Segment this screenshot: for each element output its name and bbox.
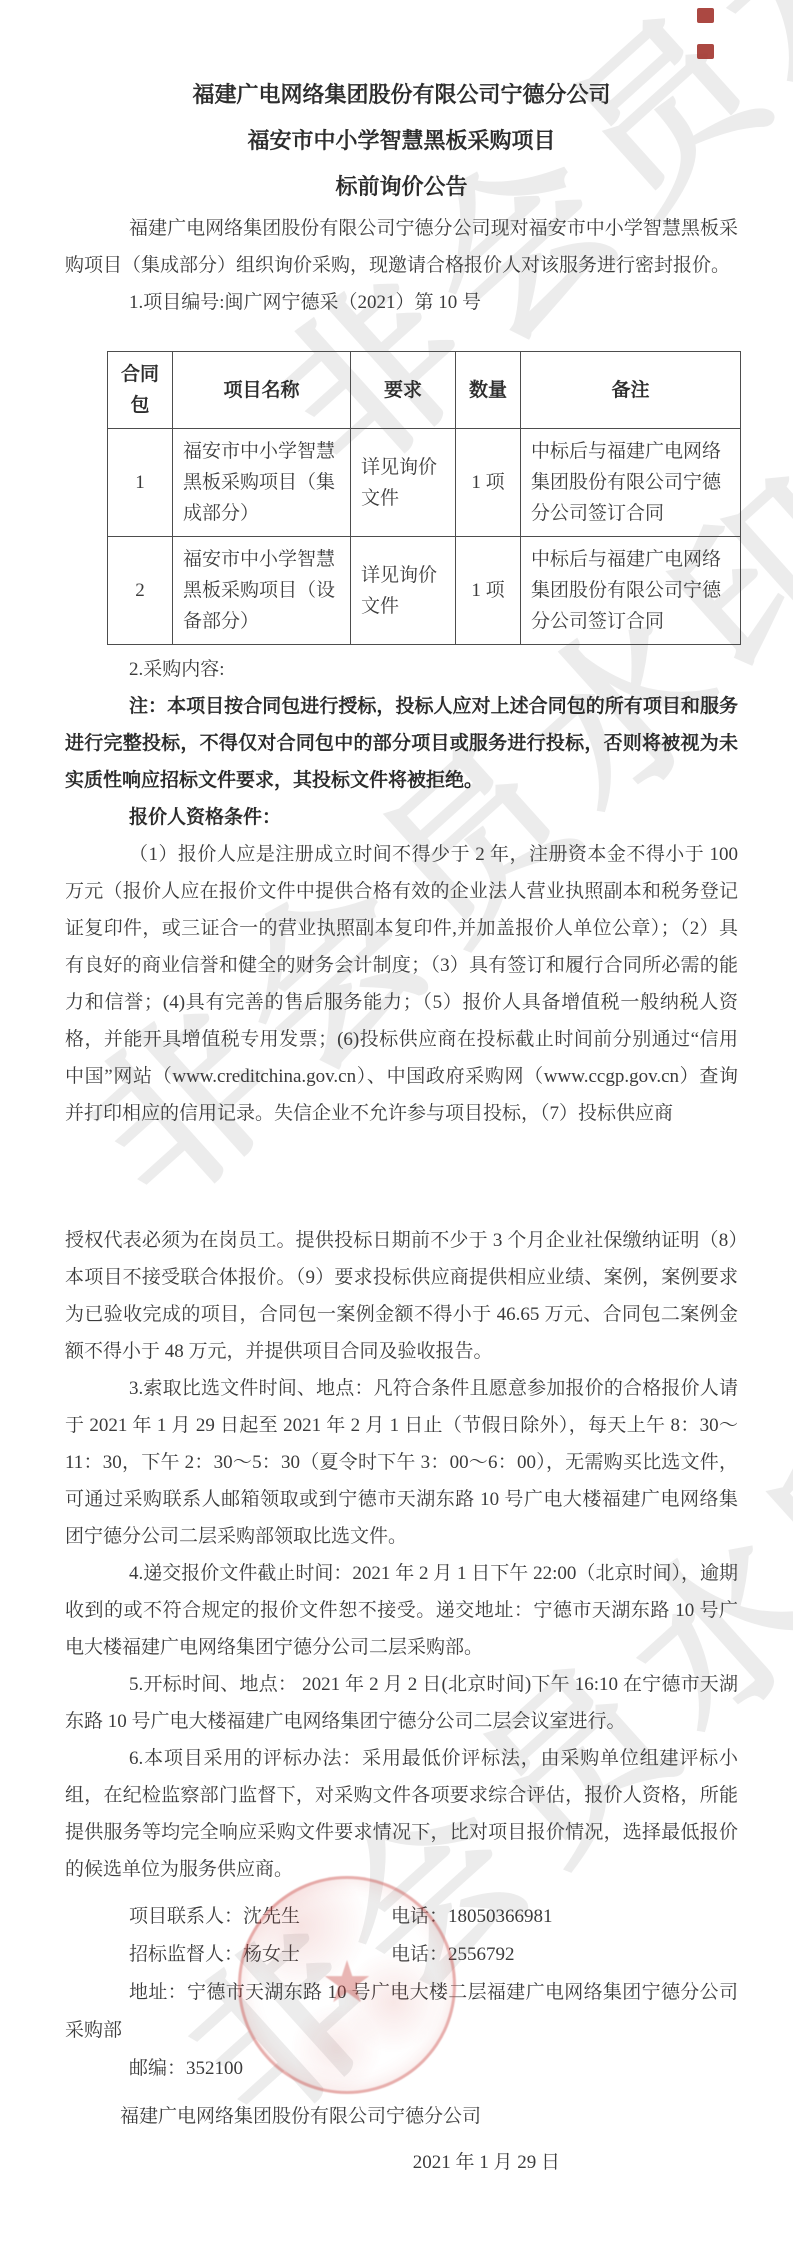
red-seal-mark-icon	[697, 8, 714, 23]
col-header-remarks: 备注	[521, 352, 741, 429]
red-seal-mark-icon	[697, 44, 714, 59]
cell-project-name: 福安市中小学智慧黑板采购项目（设备部分）	[173, 537, 351, 645]
postal-code: 邮编：352100	[65, 2050, 738, 2088]
col-header-quantity: 数量	[456, 352, 521, 429]
qualification-continuation: 授权代表必须为在岗员工。提供投标日期前不少于 3 个月企业社保缴纳证明（8）本项…	[65, 1222, 738, 1370]
cell-requirement: 详见询价文件	[351, 429, 456, 537]
supervisor-phone: 电话：2556792	[391, 1936, 515, 1974]
scanned-document-page: 非会员水印 非会员水印 非会员水印 福建广电网络集团股份有限公司宁德分公司 福安…	[0, 0, 793, 2242]
title-company-line: 福建广电网络集团股份有限公司宁德分公司	[65, 72, 738, 118]
signature-date: 2021 年 1 月 29 日	[65, 2144, 738, 2182]
bid-opening-info: 5.开标时间、地点： 2021 年 2 月 2 日(北京时间)下午 16:10 …	[65, 1666, 738, 1740]
cell-requirement: 详见询价文件	[351, 537, 456, 645]
cell-project-name: 福安市中小学智慧黑板采购项目（集成部分）	[173, 429, 351, 537]
supervisor: 招标监督人：杨女士	[129, 1936, 391, 1974]
document-collection-info: 3.索取比选文件时间、地点：凡符合条件且愿意参加报价的合格报价人请于 2021 …	[65, 1370, 738, 1555]
address-line: 地址：宁德市天湖东路 10 号广电大楼二层福建广电网络集团宁德分公司采购部	[65, 1974, 738, 2050]
title-project-line: 福安市中小学智慧黑板采购项目	[65, 118, 738, 164]
col-header-project-name: 项目名称	[173, 352, 351, 429]
signature-company: 福建广电网络集团股份有限公司宁德分公司	[120, 2098, 738, 2136]
contact-row: 项目联系人：沈先生 电话：18050366981	[129, 1898, 738, 1936]
col-header-requirement: 要求	[351, 352, 456, 429]
submission-deadline-info: 4.递交报价文件截止时间：2021 年 2 月 1 日下午 22:00（北京时间…	[65, 1555, 738, 1666]
intro-paragraph: 福建广电网络集团股份有限公司宁德分公司现对福安市中小学智慧黑板采购项目（集成部分…	[65, 210, 738, 284]
contact-person: 项目联系人：沈先生	[129, 1898, 391, 1936]
contact-person-phone: 电话：18050366981	[391, 1898, 553, 1936]
page-1-content: 福建广电网络集团股份有限公司宁德分公司 福安市中小学智慧黑板采购项目 标前询价公…	[0, 72, 793, 1132]
page-2-content: 授权代表必须为在岗员工。提供投标日期前不少于 3 个月企业社保缴纳证明（8）本项…	[0, 1222, 793, 2182]
cell-quantity: 1 项	[456, 429, 521, 537]
contract-package-table: 合同包 项目名称 要求 数量 备注 1 福安市中小学智慧黑板采购项目（集成部分）…	[107, 351, 741, 645]
table-header-row: 合同包 项目名称 要求 数量 备注	[108, 352, 741, 429]
col-header-package: 合同包	[108, 352, 173, 429]
qualification-requirements: （1）报价人应是注册成立时间不得少于 2 年，注册资本金不得小于 100 万元（…	[65, 836, 738, 1132]
bid-note: 注：本项目按合同包进行授标，投标人应对上述合同包的所有项目和服务进行完整投标，不…	[65, 688, 738, 799]
document-title: 福建广电网络集团股份有限公司宁德分公司 福安市中小学智慧黑板采购项目 标前询价公…	[65, 72, 738, 210]
cell-remarks: 中标后与福建广电网络集团股份有限公司宁德分公司签订合同	[521, 429, 741, 537]
purchase-content-heading: 2.采购内容:	[65, 651, 738, 688]
cell-quantity: 1 项	[456, 537, 521, 645]
cell-remarks: 中标后与福建广电网络集团股份有限公司宁德分公司签订合同	[521, 537, 741, 645]
table-row: 1 福安市中小学智慧黑板采购项目（集成部分） 详见询价文件 1 项 中标后与福建…	[108, 429, 741, 537]
cell-package-no: 2	[108, 537, 173, 645]
qualification-heading: 报价人资格条件：	[65, 799, 738, 836]
project-number: 1.项目编号:闽广网宁德采（2021）第 10 号	[65, 284, 738, 321]
contact-info: 项目联系人：沈先生 电话：18050366981 招标监督人：杨女士 电话：25…	[65, 1898, 738, 2088]
evaluation-method-info: 6.本项目采用的评标办法：采用最低价评标法，由采购单位组建评标小组，在纪检监察部…	[65, 1740, 738, 1888]
cell-package-no: 1	[108, 429, 173, 537]
table-row: 2 福安市中小学智慧黑板采购项目（设备部分） 详见询价文件 1 项 中标后与福建…	[108, 537, 741, 645]
title-doc-type-line: 标前询价公告	[65, 164, 738, 210]
contact-row: 招标监督人：杨女士 电话：2556792	[129, 1936, 738, 1974]
